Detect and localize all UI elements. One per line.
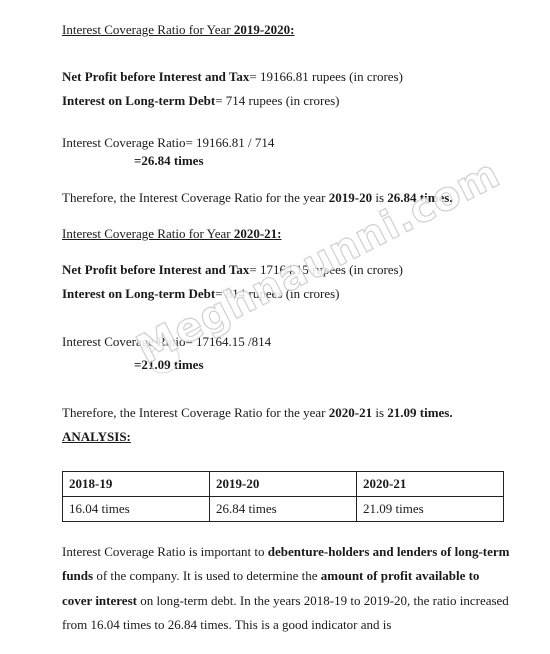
heading-year: 2019-2020: (234, 22, 295, 37)
analysis-paragraph: Interest Coverage Ratio is important to … (62, 540, 512, 637)
conclusion-mid: is (372, 405, 387, 420)
conclusion-2019-20: Therefore, the Interest Coverage Ratio f… (62, 190, 453, 206)
paragraph-text: Interest Coverage Ratio is important to (62, 544, 268, 559)
heading-prefix: Interest Coverage Ratio for Year (62, 226, 234, 241)
conclusion-year: 2020-21 (329, 405, 372, 420)
table-header-cell: 2019-20 (210, 472, 357, 497)
paragraph-text: of the company. It is used to determine … (93, 568, 321, 583)
ebit-line-2020-21: Net Profit before Interest and Tax= 1716… (62, 262, 403, 278)
heading-prefix: Interest Coverage Ratio for Year (62, 22, 234, 37)
conclusion-value: 26.84 times. (387, 190, 452, 205)
table-row: 16.04 times 26.84 times 21.09 times (63, 497, 504, 522)
result-value: =26.84 times (134, 153, 204, 168)
ebit-line-2019-20: Net Profit before Interest and Tax= 1916… (62, 69, 403, 85)
table-cell: 16.04 times (63, 497, 210, 522)
table-cell: 21.09 times (357, 497, 504, 522)
ebit-label: Net Profit before Interest and Tax (62, 262, 249, 277)
conclusion-value: 21.09 times. (387, 405, 452, 420)
formula-2019-20: Interest Coverage Ratio= 19166.81 / 714 (62, 135, 274, 151)
table-cell: 26.84 times (210, 497, 357, 522)
interest-value: = 814 rupees (in crores) (215, 286, 339, 301)
result-2019-20: =26.84 times (134, 153, 204, 169)
section-heading-2020-21: Interest Coverage Ratio for Year 2020-21… (62, 226, 282, 242)
interest-label: Interest on Long-term Debt (62, 93, 215, 108)
interest-line-2019-20: Interest on Long-term Debt= 714 rupees (… (62, 93, 340, 109)
result-value: =21.09 times (134, 357, 204, 372)
formula-2020-21: Interest Coverage Ratio= 17164.15 /814 (62, 334, 271, 350)
section-heading-2019-20: Interest Coverage Ratio for Year 2019-20… (62, 22, 295, 38)
conclusion-prefix: Therefore, the Interest Coverage Ratio f… (62, 405, 329, 420)
interest-line-2020-21: Interest on Long-term Debt= 814 rupees (… (62, 286, 340, 302)
conclusion-year: 2019-20 (329, 190, 372, 205)
result-2020-21: =21.09 times (134, 357, 204, 373)
ebit-value: = 19166.81 rupees (in crores) (249, 69, 403, 84)
table-header-cell: 2018-19 (63, 472, 210, 497)
heading-year: 2020-21: (234, 226, 282, 241)
ebit-value: = 17164.15 rupees (in crores) (249, 262, 403, 277)
conclusion-prefix: Therefore, the Interest Coverage Ratio f… (62, 190, 329, 205)
interest-value: = 714 rupees (in crores) (215, 93, 339, 108)
interest-label: Interest on Long-term Debt (62, 286, 215, 301)
analysis-table: 2018-19 2019-20 2020-21 16.04 times 26.8… (62, 471, 504, 522)
conclusion-2020-21: Therefore, the Interest Coverage Ratio f… (62, 405, 453, 421)
table-header-row: 2018-19 2019-20 2020-21 (63, 472, 504, 497)
table-header-cell: 2020-21 (357, 472, 504, 497)
analysis-heading: ANALYSIS: (62, 429, 131, 445)
analysis-heading-text: ANALYSIS: (62, 429, 131, 444)
ebit-label: Net Profit before Interest and Tax (62, 69, 249, 84)
conclusion-mid: is (372, 190, 387, 205)
